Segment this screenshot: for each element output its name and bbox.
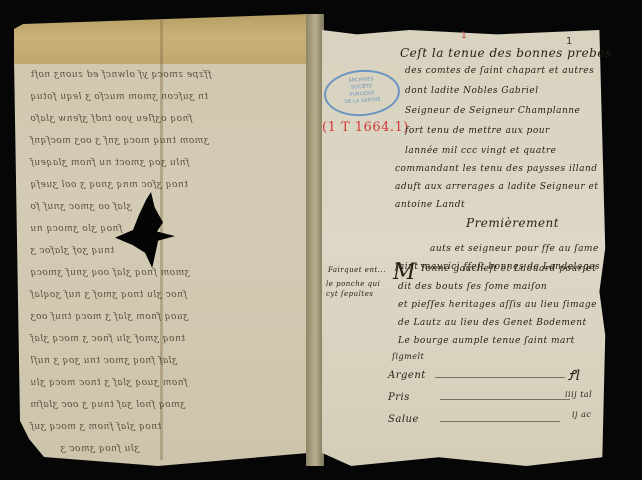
left-page: [14, 14, 314, 466]
manuscript-scan: ffzpe zmocq yf olwncf ed zuonʒ noft tn ʒ…: [0, 0, 642, 480]
signature-salue: Salue: [388, 414, 419, 425]
section-heading: Premièrement: [466, 216, 559, 230]
signature-pris: Pris: [388, 392, 410, 403]
margin-note: Fairquet ent...: [328, 266, 386, 274]
left-page-folded-top: [14, 14, 318, 64]
signature-argent: Argent: [388, 370, 426, 381]
shelfmark: (1 T 1664.1): [322, 120, 409, 135]
folio-number-red: 1: [461, 31, 467, 41]
binding-spine: [306, 14, 324, 466]
